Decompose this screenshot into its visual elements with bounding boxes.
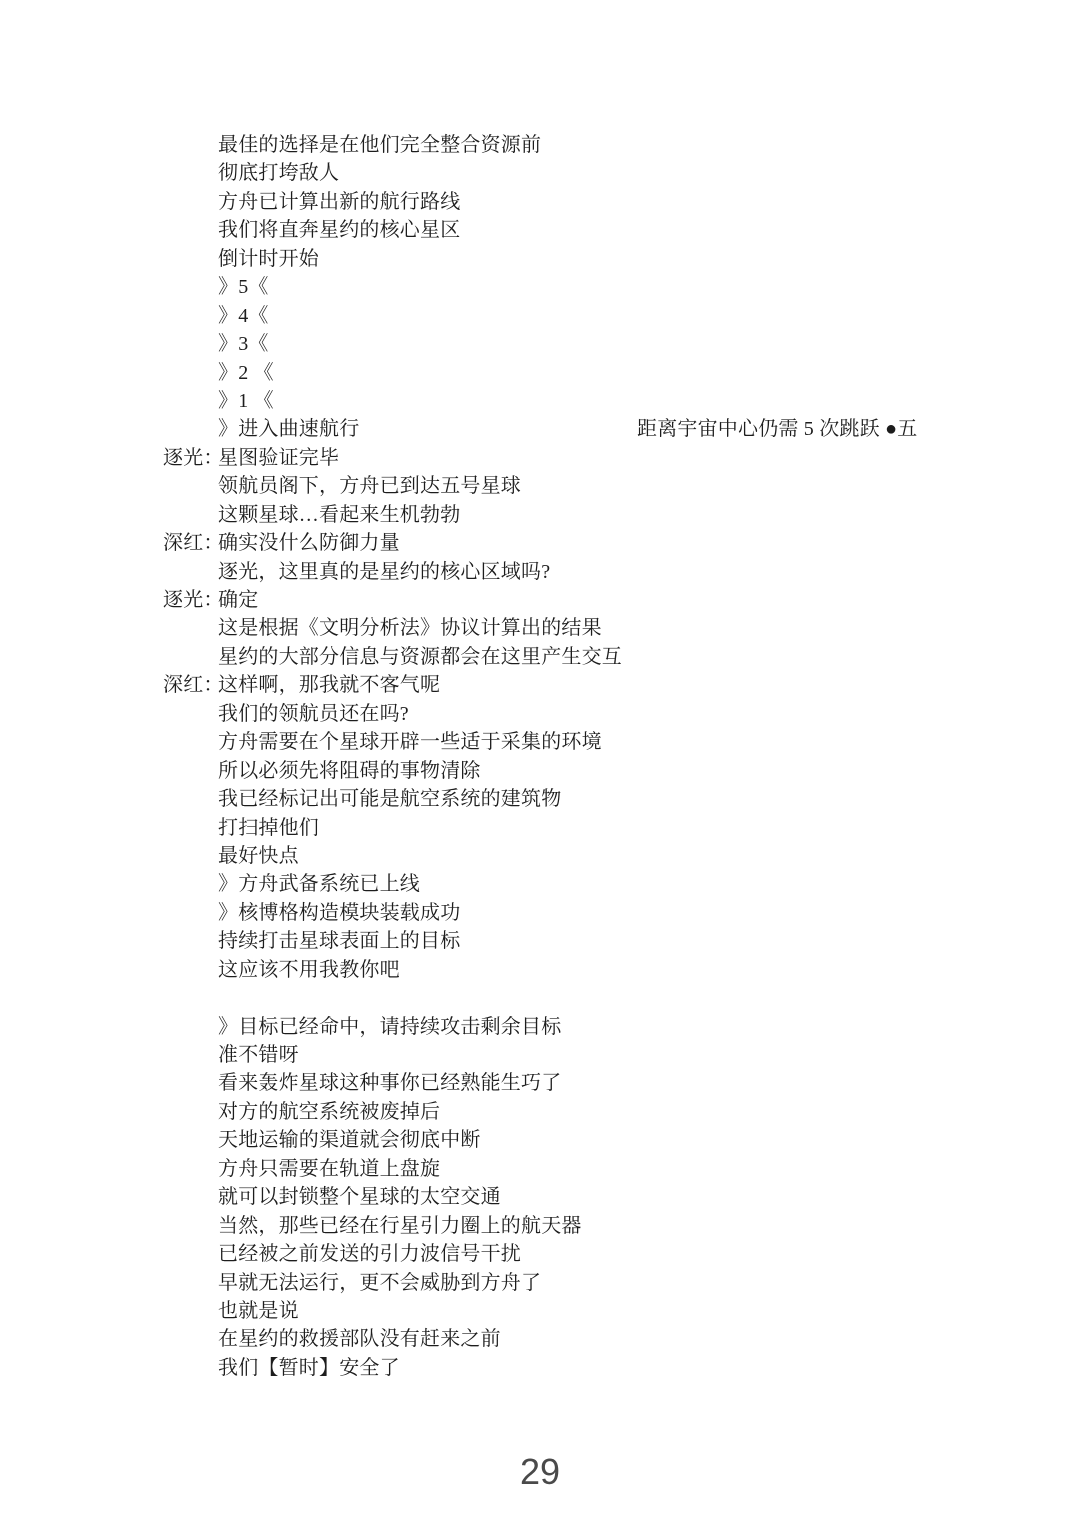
- line-text: 方舟只需要在轨道上盘旋: [218, 1158, 440, 1180]
- page-number: 29: [0, 1452, 1080, 1492]
- dialogue-line: 打扫掉他们: [0, 814, 1080, 842]
- line-text: 方舟需要在个星球开辟一些适于采集的环境: [218, 731, 602, 753]
- dialogue-line: 》3《: [0, 330, 1080, 358]
- line-text: 准不错呀: [218, 1044, 299, 1066]
- dialogue-line: 我们的领航员还在吗?: [0, 700, 1080, 728]
- dialogue-line: 持续打击星球表面上的目标: [0, 927, 1080, 955]
- line-text: 也就是说: [218, 1300, 299, 1322]
- line-text: 方舟已计算出新的航行路线: [218, 191, 460, 213]
- line-text: 所以必须先将阻碍的事物清除: [218, 760, 481, 782]
- dialogue-line: 深红：确实没什么防御力量: [0, 529, 1080, 557]
- dialogue-line: 深红：这样啊，那我就不客气呢: [0, 671, 1080, 699]
- dialogue-line: 最好快点: [0, 842, 1080, 870]
- line-text: 》2 《: [218, 362, 274, 384]
- dialogue-line: 对方的航空系统被废掉后: [0, 1098, 1080, 1126]
- dialogue-line: 所以必须先将阻碍的事物清除: [0, 757, 1080, 785]
- speaker-label: 深红：: [163, 529, 224, 557]
- dialogue-line: 逐光：确定: [0, 586, 1080, 614]
- line-text: 这应该不用我教你吧: [218, 959, 400, 981]
- dialogue-line: 这颗星球…看起来生机勃勃: [0, 501, 1080, 529]
- dialogue-line: 方舟只需要在轨道上盘旋: [0, 1155, 1080, 1183]
- dialogue-line: 逐光：星图验证完毕: [0, 444, 1080, 472]
- dialogue-line: 天地运输的渠道就会彻底中断: [0, 1126, 1080, 1154]
- line-text: 我们的领航员还在吗?: [218, 703, 409, 725]
- speaker-label: 逐光：: [163, 444, 224, 472]
- line-text: 我们【暂时】安全了: [218, 1357, 400, 1379]
- line-text: 就可以封锁整个星球的太空交通: [218, 1186, 501, 1208]
- line-text: 》3《: [218, 333, 269, 355]
- jump-distance-note: 距离宇宙中心仍需 5 次跳跃 ●五: [637, 415, 917, 443]
- dialogue-line: 准不错呀: [0, 1041, 1080, 1069]
- line-text: 看来轰炸星球这种事你已经熟能生巧了: [218, 1072, 561, 1094]
- dialogue-line: 就可以封锁整个星球的太空交通: [0, 1183, 1080, 1211]
- dialogue-line: 逐光，这里真的是星约的核心区域吗?: [0, 558, 1080, 586]
- dialogue-line: 这应该不用我教你吧: [0, 956, 1080, 984]
- line-text: 逐光，这里真的是星约的核心区域吗?: [218, 561, 550, 583]
- line-text: 确实没什么防御力量: [218, 532, 400, 554]
- line-text: 早就无法运行，更不会威胁到方舟了: [218, 1272, 541, 1294]
- dialogue-line: 》方舟武备系统已上线: [0, 870, 1080, 898]
- dialogue-line: 》目标已经命中，请持续攻击剩余目标: [0, 1013, 1080, 1041]
- dialogue-line: 》进入曲速航行距离宇宙中心仍需 5 次跳跃 ●五: [0, 415, 1080, 443]
- line-text: 》方舟武备系统已上线: [218, 873, 420, 895]
- dialogue-line: 看来轰炸星球这种事你已经熟能生巧了: [0, 1069, 1080, 1097]
- line-text: 这颗星球…看起来生机勃勃: [218, 504, 460, 526]
- speaker-label: 逐光：: [163, 586, 224, 614]
- dialogue-line: 》5《: [0, 273, 1080, 301]
- dialogue-line: 》4《: [0, 302, 1080, 330]
- dialogue-line: 早就无法运行，更不会威胁到方舟了: [0, 1269, 1080, 1297]
- line-text: 已经被之前发送的引力波信号干扰: [218, 1243, 521, 1265]
- dialogue-line: 倒计时开始: [0, 245, 1080, 273]
- line-text: 星约的大部分信息与资源都会在这里产生交互: [218, 646, 622, 668]
- dialogue-line: 》核博格构造模块装载成功: [0, 899, 1080, 927]
- line-text: 》1 《: [218, 390, 274, 412]
- line-text: 当然，那些已经在行星引力圈上的航天器: [218, 1215, 582, 1237]
- line-text: 》5《: [218, 276, 269, 298]
- dialogue-line: 在星约的救援部队没有赶来之前: [0, 1325, 1080, 1353]
- line-text: 彻底打垮敌人: [218, 162, 339, 184]
- line-text: 我们将直奔星约的核心星区: [218, 219, 460, 241]
- dialogue-line: 当然，那些已经在行星引力圈上的航天器: [0, 1212, 1080, 1240]
- dialogue-line: [0, 984, 1080, 1012]
- dialogue-line: 我们将直奔星约的核心星区: [0, 216, 1080, 244]
- line-text: 在星约的救援部队没有赶来之前: [218, 1328, 501, 1350]
- dialogue-line: 已经被之前发送的引力波信号干扰: [0, 1240, 1080, 1268]
- dialogue-line: 我们【暂时】安全了: [0, 1354, 1080, 1382]
- dialogue-lines: 最佳的选择是在他们完全整合资源前彻底打垮敌人方舟已计算出新的航行路线我们将直奔星…: [0, 131, 1080, 1382]
- dialogue-line: 星约的大部分信息与资源都会在这里产生交互: [0, 643, 1080, 671]
- line-text: 确定: [218, 589, 258, 611]
- line-text: 这是根据《文明分析法》协议计算出的结果: [218, 617, 602, 639]
- dialogue-line: 彻底打垮敌人: [0, 159, 1080, 187]
- speaker-label: 深红：: [163, 671, 224, 699]
- line-text: 天地运输的渠道就会彻底中断: [218, 1129, 481, 1151]
- line-text: 持续打击星球表面上的目标: [218, 930, 460, 952]
- line-text: 倒计时开始: [218, 248, 319, 270]
- line-text: 》目标已经命中，请持续攻击剩余目标: [218, 1016, 561, 1038]
- line-text: 对方的航空系统被废掉后: [218, 1101, 440, 1123]
- dialogue-line: 方舟需要在个星球开辟一些适于采集的环境: [0, 728, 1080, 756]
- line-text: 》4《: [218, 305, 269, 327]
- line-text: 最好快点: [218, 845, 299, 867]
- dialogue-line: 也就是说: [0, 1297, 1080, 1325]
- dialogue-line: 这是根据《文明分析法》协议计算出的结果: [0, 614, 1080, 642]
- dialogue-line: 领航员阁下，方舟已到达五号星球: [0, 472, 1080, 500]
- line-text: 领航员阁下，方舟已到达五号星球: [218, 475, 521, 497]
- line-text: 》核博格构造模块装载成功: [218, 902, 460, 924]
- line-text: 》进入曲速航行: [218, 418, 359, 440]
- dialogue-line: 最佳的选择是在他们完全整合资源前: [0, 131, 1080, 159]
- line-text: 星图验证完毕: [218, 447, 339, 469]
- line-text: 我已经标记出可能是航空系统的建筑物: [218, 788, 561, 810]
- line-text: 打扫掉他们: [218, 817, 319, 839]
- dialogue-line: 》2 《: [0, 359, 1080, 387]
- script-document-page: 最佳的选择是在他们完全整合资源前彻底打垮敌人方舟已计算出新的航行路线我们将直奔星…: [0, 0, 1080, 1527]
- dialogue-line: 我已经标记出可能是航空系统的建筑物: [0, 785, 1080, 813]
- dialogue-line: 》1 《: [0, 387, 1080, 415]
- line-text: 这样啊，那我就不客气呢: [218, 674, 440, 696]
- line-text: 最佳的选择是在他们完全整合资源前: [218, 134, 541, 156]
- dialogue-line: 方舟已计算出新的航行路线: [0, 188, 1080, 216]
